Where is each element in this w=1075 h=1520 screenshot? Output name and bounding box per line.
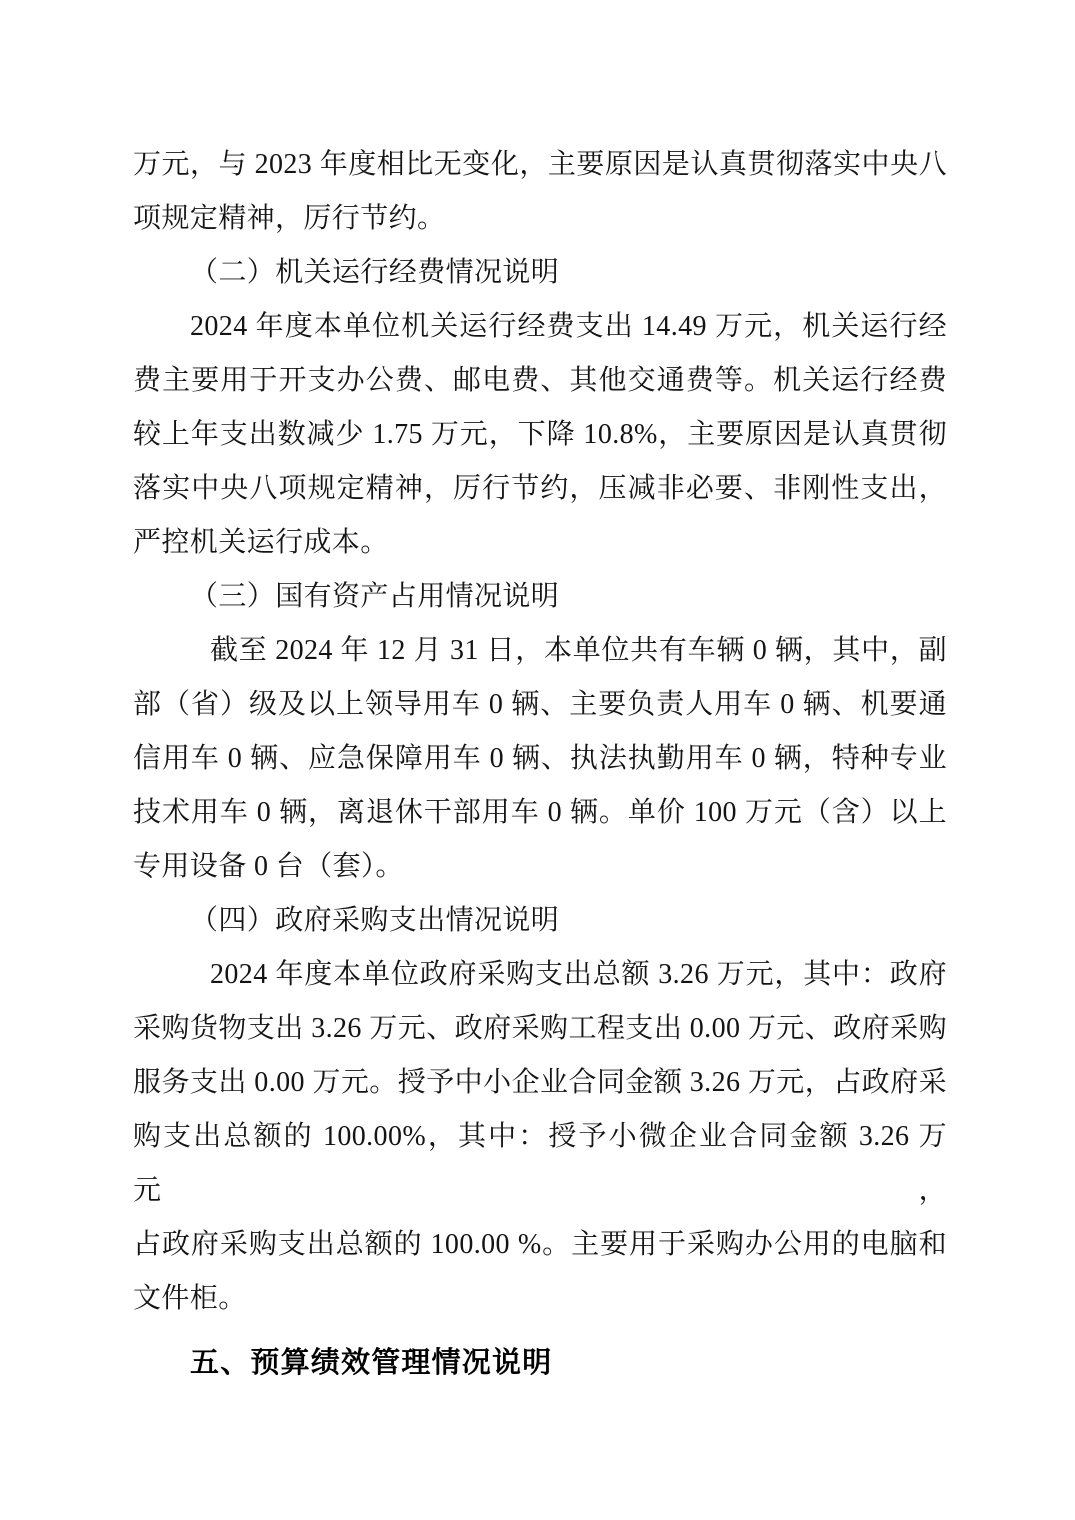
body-text-line: 专用设备 0 台（套）。: [133, 840, 947, 894]
body-text-line: 部（省）级及以上领导用车 0 辆、主要负责人用车 0 辆、机要通: [133, 678, 947, 732]
body-text-line: 2024 年度本单位机关运行经费支出 14.49 万元，机关运行经: [133, 300, 947, 354]
subsection-heading: （四）政府采购支出情况说明: [133, 894, 947, 948]
body-text-line: 采购货物支出 3.26 万元、政府采购工程支出 0.00 万元、政府采购: [133, 1002, 947, 1056]
body-text-line: 费主要用于开支办公费、邮电费、其他交通费等。机关运行经费: [133, 354, 947, 408]
body-text-line: 技术用车 0 辆，离退休干部用车 0 辆。单价 100 万元（含）以上: [133, 786, 947, 840]
body-text-line: 严控机关运行成本。: [133, 516, 947, 570]
body-text-line: 项规定精神，厉行节约。: [133, 192, 947, 246]
subsection-heading: （三）国有资产占用情况说明: [133, 570, 947, 624]
body-text-line: 2024 年度本单位政府采购支出总额 3.26 万元，其中：政府: [133, 948, 947, 1002]
body-text-line: 购支出总额的 100.00%，其中：授予小微企业合同金额 3.26 万元，: [133, 1110, 947, 1218]
body-text-line: 截至 2024 年 12 月 31 日，本单位共有车辆 0 辆，其中，副: [133, 624, 947, 678]
document-viewport: { "page": { "background": "#ffffff", "te…: [0, 0, 1075, 1520]
body-text-line: 文件柜。: [133, 1272, 947, 1326]
body-text-line: 万元，与 2023 年度相比无变化，主要原因是认真贯彻落实中央八: [133, 138, 947, 192]
document-body: 万元，与 2023 年度相比无变化，主要原因是认真贯彻落实中央八项规定精神，厉行…: [133, 138, 947, 1390]
document-page: 万元，与 2023 年度相比无变化，主要原因是认真贯彻落实中央八项规定精神，厉行…: [0, 0, 1075, 1520]
body-text-line: 占政府采购支出总额的 100.00 %。主要用于采购办公用的电脑和: [133, 1218, 947, 1272]
body-text-line: 落实中央八项规定精神，厉行节约，压减非必要、非刚性支出，: [133, 462, 947, 516]
body-text-line: 较上年支出数减少 1.75 万元，下降 10.8%，主要原因是认真贯彻: [133, 408, 947, 462]
subsection-heading: （二）机关运行经费情况说明: [133, 246, 947, 300]
body-text-line: 信用车 0 辆、应急保障用车 0 辆、执法执勤用车 0 辆，特种专业: [133, 732, 947, 786]
body-text-line: 服务支出 0.00 万元。授予中小企业合同金额 3.26 万元，占政府采: [133, 1056, 947, 1110]
section-heading: 五、预算绩效管理情况说明: [133, 1336, 947, 1390]
